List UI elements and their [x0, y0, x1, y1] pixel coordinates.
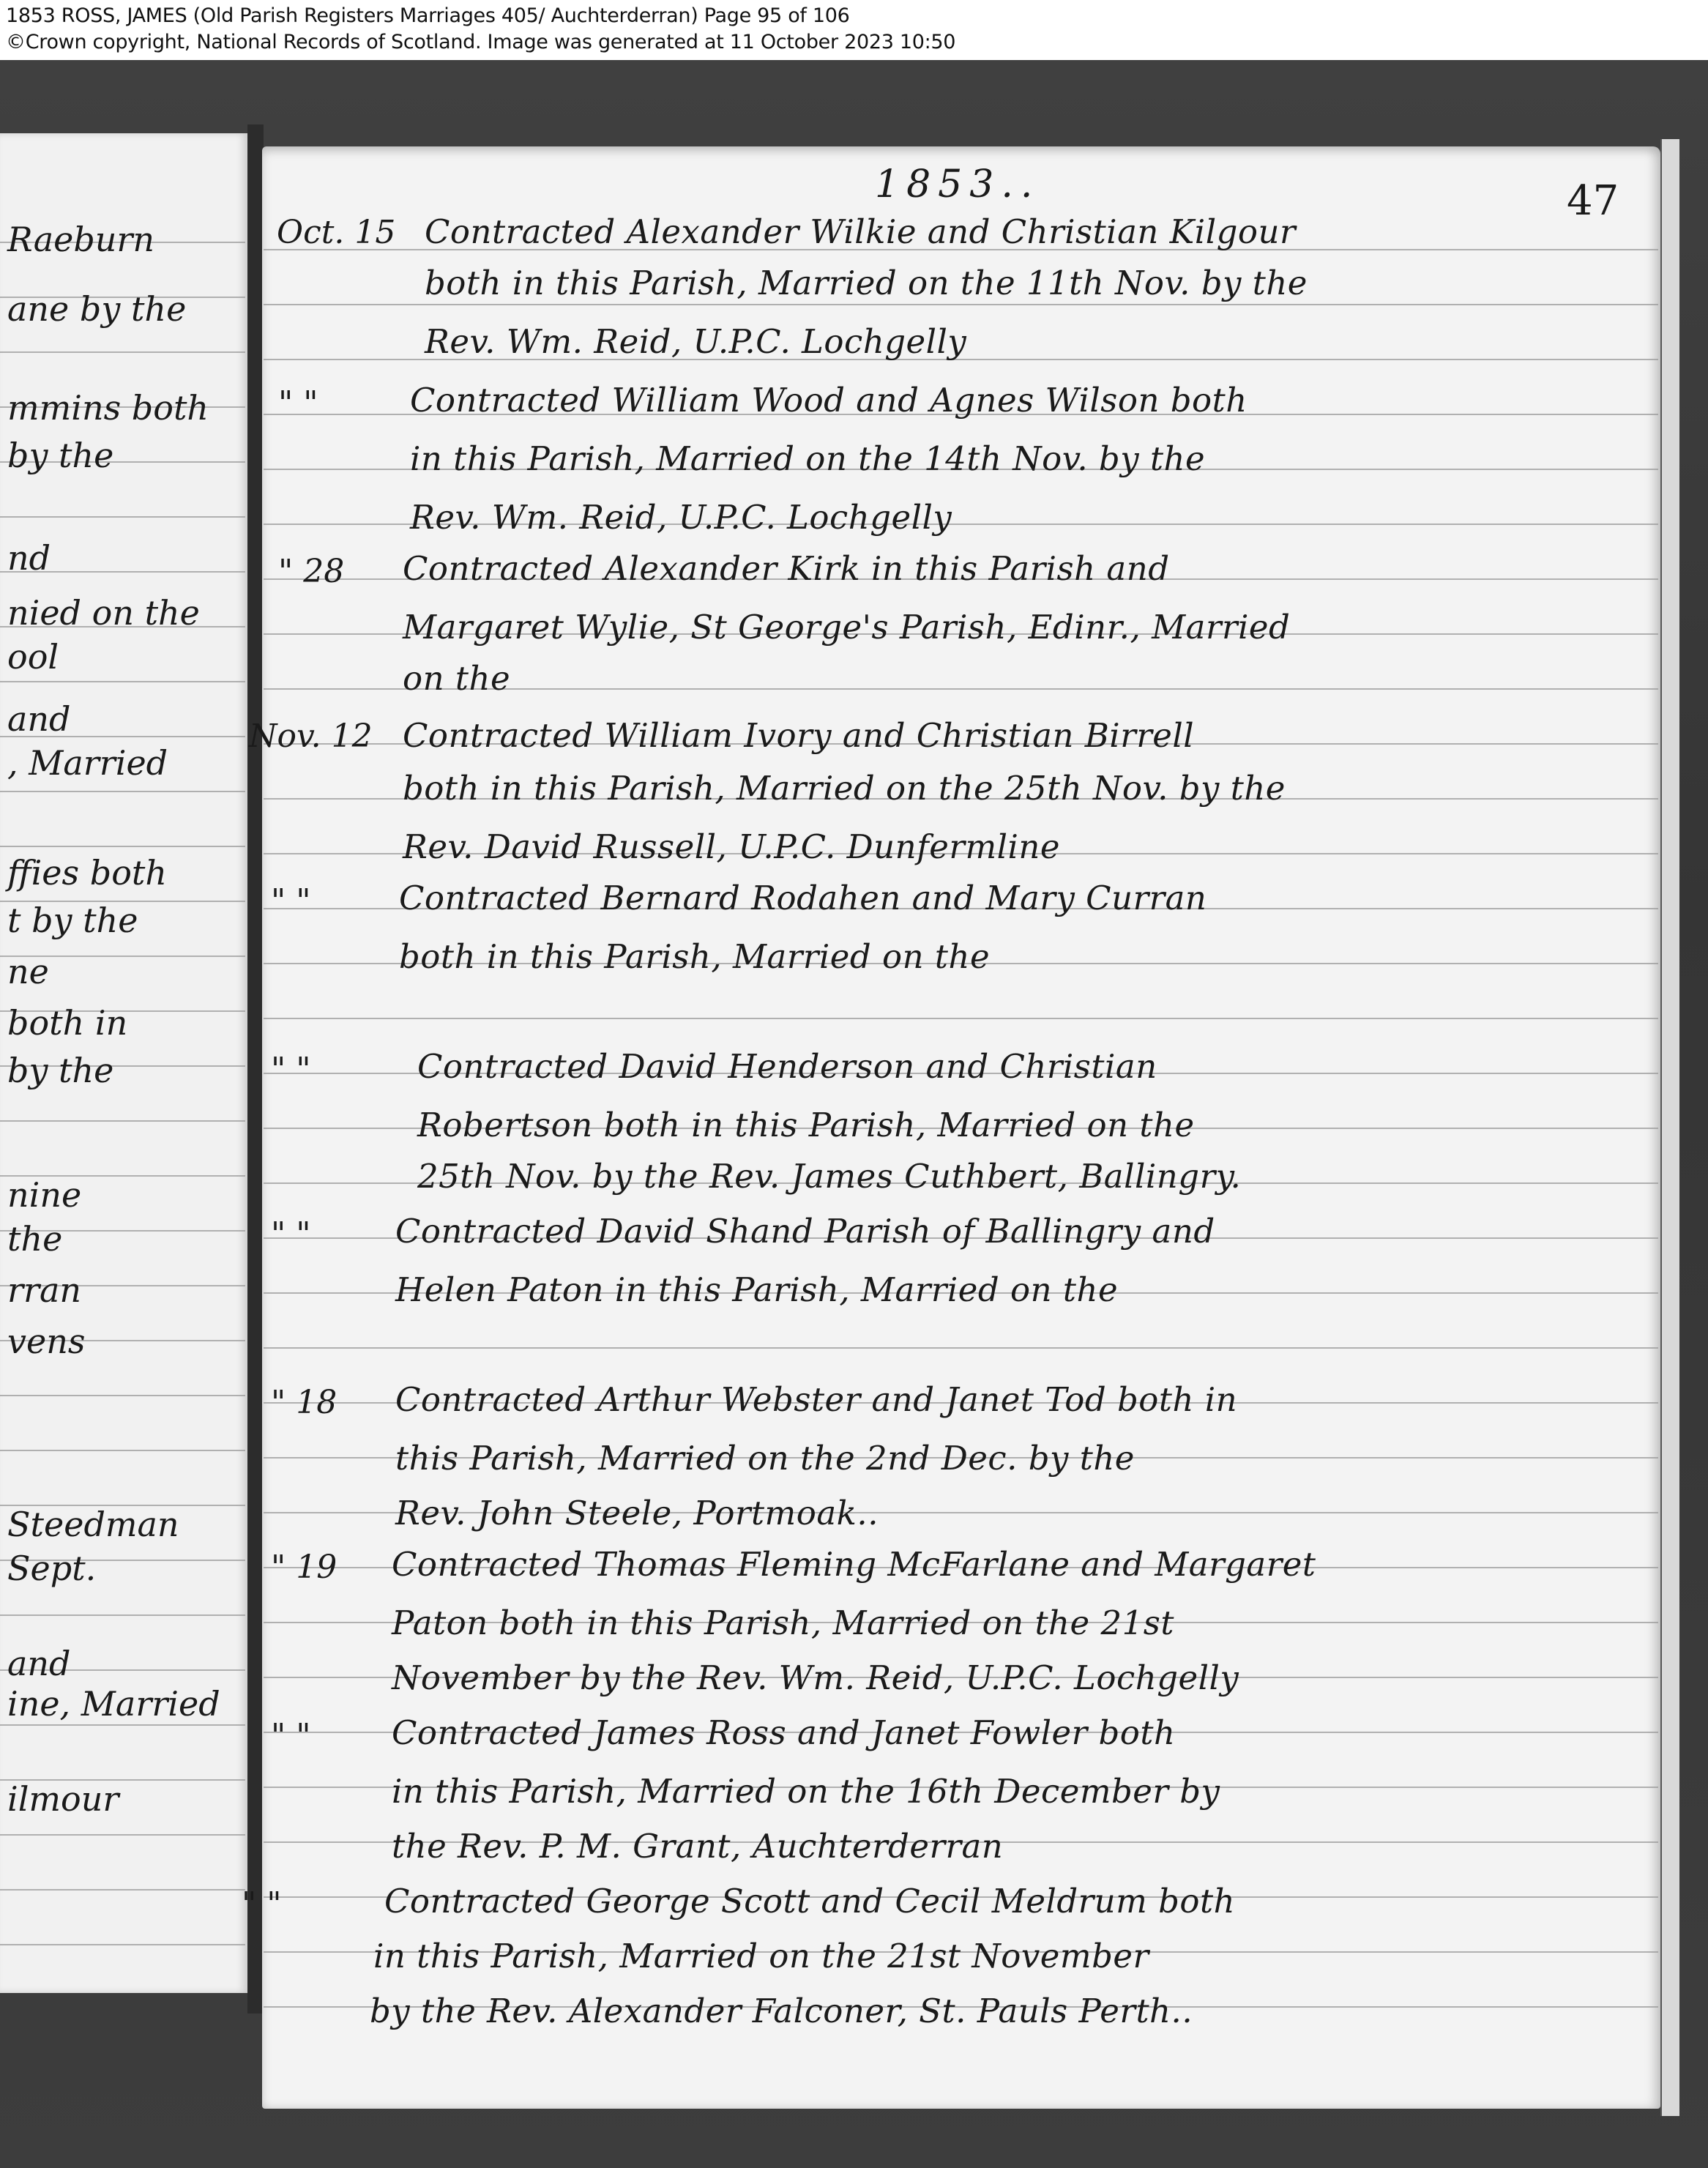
- entry-line: Contracted Thomas Fleming McFarlane and …: [392, 1545, 1316, 1584]
- entry-line: November by the Rev. Wm. Reid, U.P.C. Lo…: [392, 1658, 1239, 1697]
- entry-line: this Parish, Married on the 2nd Dec. by …: [395, 1439, 1135, 1478]
- left-page-fragment: by the: [7, 436, 113, 475]
- ruled-line: [0, 681, 245, 682]
- left-page-fragment: and: [7, 699, 71, 739]
- ruled-line: [0, 1120, 245, 1122]
- ruled-line: [0, 1450, 245, 1451]
- entry-line: Contracted Alexander Kirk in this Parish…: [403, 549, 1170, 588]
- ruled-line: [0, 1944, 245, 1945]
- record-header: 1853 ROSS, JAMES (Old Parish Registers M…: [0, 0, 1708, 60]
- ruled-line: [264, 1347, 1658, 1349]
- entry-line: Helen Paton in this Parish, Married on t…: [395, 1270, 1118, 1309]
- ruled-line: [0, 351, 245, 353]
- entry-line: Rev. John Steele, Portmoak..: [395, 1494, 879, 1532]
- entry-line: Contracted George Scott and Cecil Meldru…: [384, 1882, 1235, 1921]
- entry-line: the Rev. P. M. Grant, Auchterderran: [392, 1827, 1003, 1866]
- left-page-fragment: Sept.: [7, 1549, 96, 1588]
- left-page-fragment: nd: [7, 538, 51, 578]
- entry-line: Contracted James Ross and Janet Fowler b…: [392, 1713, 1175, 1752]
- left-page-fragment: nine: [7, 1175, 81, 1215]
- entry-date: " 18: [271, 1384, 337, 1421]
- left-page-fragment: the: [7, 1219, 62, 1259]
- entry-line: by the Rev. Alexander Falconer, St. Paul…: [370, 1992, 1193, 2030]
- ruled-line: [0, 1395, 245, 1396]
- entry-line: both in this Parish, Married on the 11th…: [425, 264, 1308, 302]
- entry-line: in this Parish, Married on the 21st Nove…: [373, 1937, 1149, 1975]
- register-page-number: 47: [1567, 177, 1619, 225]
- left-page-fragment: and: [7, 1644, 71, 1683]
- left-page-fragment: ool: [7, 637, 59, 677]
- entry-date: " ": [242, 1885, 281, 1923]
- ruled-line: [0, 1834, 245, 1836]
- entry-line: Rev. David Russell, U.P.C. Dunfermline: [403, 827, 1060, 866]
- entry-line: Contracted William Ivory and Christian B…: [403, 716, 1194, 755]
- entry-line: 25th Nov. by the Rev. James Cuthbert, Ba…: [417, 1157, 1241, 1196]
- record-title: 1853 ROSS, JAMES (Old Parish Registers M…: [6, 4, 850, 27]
- left-page-fragment: ne: [7, 952, 49, 991]
- left-page-fragment: , Married: [7, 743, 168, 783]
- left-page-fragment: nied on the: [7, 593, 200, 633]
- ruled-line: [0, 791, 245, 792]
- entry-date: " 28: [278, 553, 344, 590]
- entry-date: " ": [271, 1717, 310, 1754]
- entry-line: both in this Parish, Married on the 25th…: [403, 769, 1286, 808]
- left-page-fragment: ane by the: [7, 289, 186, 329]
- book-gutter: [247, 124, 264, 2014]
- entry-line: both in this Parish, Married on the: [399, 937, 990, 976]
- register-year: 1853..: [875, 163, 1040, 206]
- entry-line: on the: [403, 659, 510, 698]
- ruled-line: [0, 516, 245, 518]
- entry-line: in this Parish, Married on the 14th Nov.…: [410, 439, 1205, 478]
- left-page-fragment: t by the: [7, 901, 138, 940]
- left-page-fragment: by the: [7, 1051, 113, 1090]
- left-page-fragment: ine, Married: [7, 1684, 220, 1724]
- entry-line: Contracted Arthur Webster and Janet Tod …: [395, 1380, 1237, 1419]
- left-page-fragment: both in: [7, 1003, 127, 1043]
- entry-date: " ": [278, 384, 318, 422]
- left-page-fragment: vens: [7, 1322, 85, 1361]
- entry-line: Robertson both in this Parish, Married o…: [417, 1106, 1195, 1144]
- entry-line: Contracted Bernard Rodahen and Mary Curr…: [399, 879, 1207, 917]
- entry-line: Paton both in this Parish, Married on th…: [392, 1603, 1174, 1642]
- ruled-line: [0, 1889, 245, 1891]
- entry-line: Rev. Wm. Reid, U.P.C. Lochgelly: [425, 322, 966, 361]
- entry-line: Contracted David Shand Parish of Balling…: [395, 1212, 1215, 1251]
- left-page-fragment: Steedman: [7, 1505, 179, 1544]
- ruled-line: [264, 304, 1658, 305]
- entry-date: Oct. 15: [277, 214, 395, 251]
- left-page-fragment: ffies both: [7, 853, 167, 893]
- entry-date: " ": [271, 882, 310, 920]
- entry-line: in this Parish, Married on the 16th Dece…: [392, 1772, 1220, 1811]
- ruled-line: [264, 1018, 1658, 1019]
- entry-line: Contracted Alexander Wilkie and Christia…: [425, 212, 1296, 251]
- entry-date: Nov. 12: [249, 718, 373, 755]
- left-page-fragment: Raeburn: [7, 220, 154, 259]
- entry-date: " ": [271, 1215, 310, 1253]
- left-page-fragment: mmins both: [7, 388, 209, 428]
- entry-line: Margaret Wylie, St George's Parish, Edin…: [403, 608, 1290, 647]
- ruled-line: [0, 846, 245, 847]
- left-page-fragment: rran: [7, 1270, 81, 1310]
- entry-line: Contracted David Henderson and Christian: [417, 1047, 1157, 1086]
- page-edge: [1660, 139, 1679, 2116]
- left-page-fragment: ilmour: [7, 1779, 119, 1819]
- ruled-line: [0, 1614, 245, 1616]
- entry-line: Contracted William Wood and Agnes Wilson…: [410, 381, 1248, 420]
- copyright-notice: ©Crown copyright, National Records of Sc…: [6, 31, 955, 53]
- entry-date: " ": [271, 1051, 310, 1088]
- entry-line: Rev. Wm. Reid, U.P.C. Lochgelly: [410, 498, 952, 537]
- entry-date: " 19: [271, 1549, 337, 1586]
- ruled-line: [0, 1724, 245, 1726]
